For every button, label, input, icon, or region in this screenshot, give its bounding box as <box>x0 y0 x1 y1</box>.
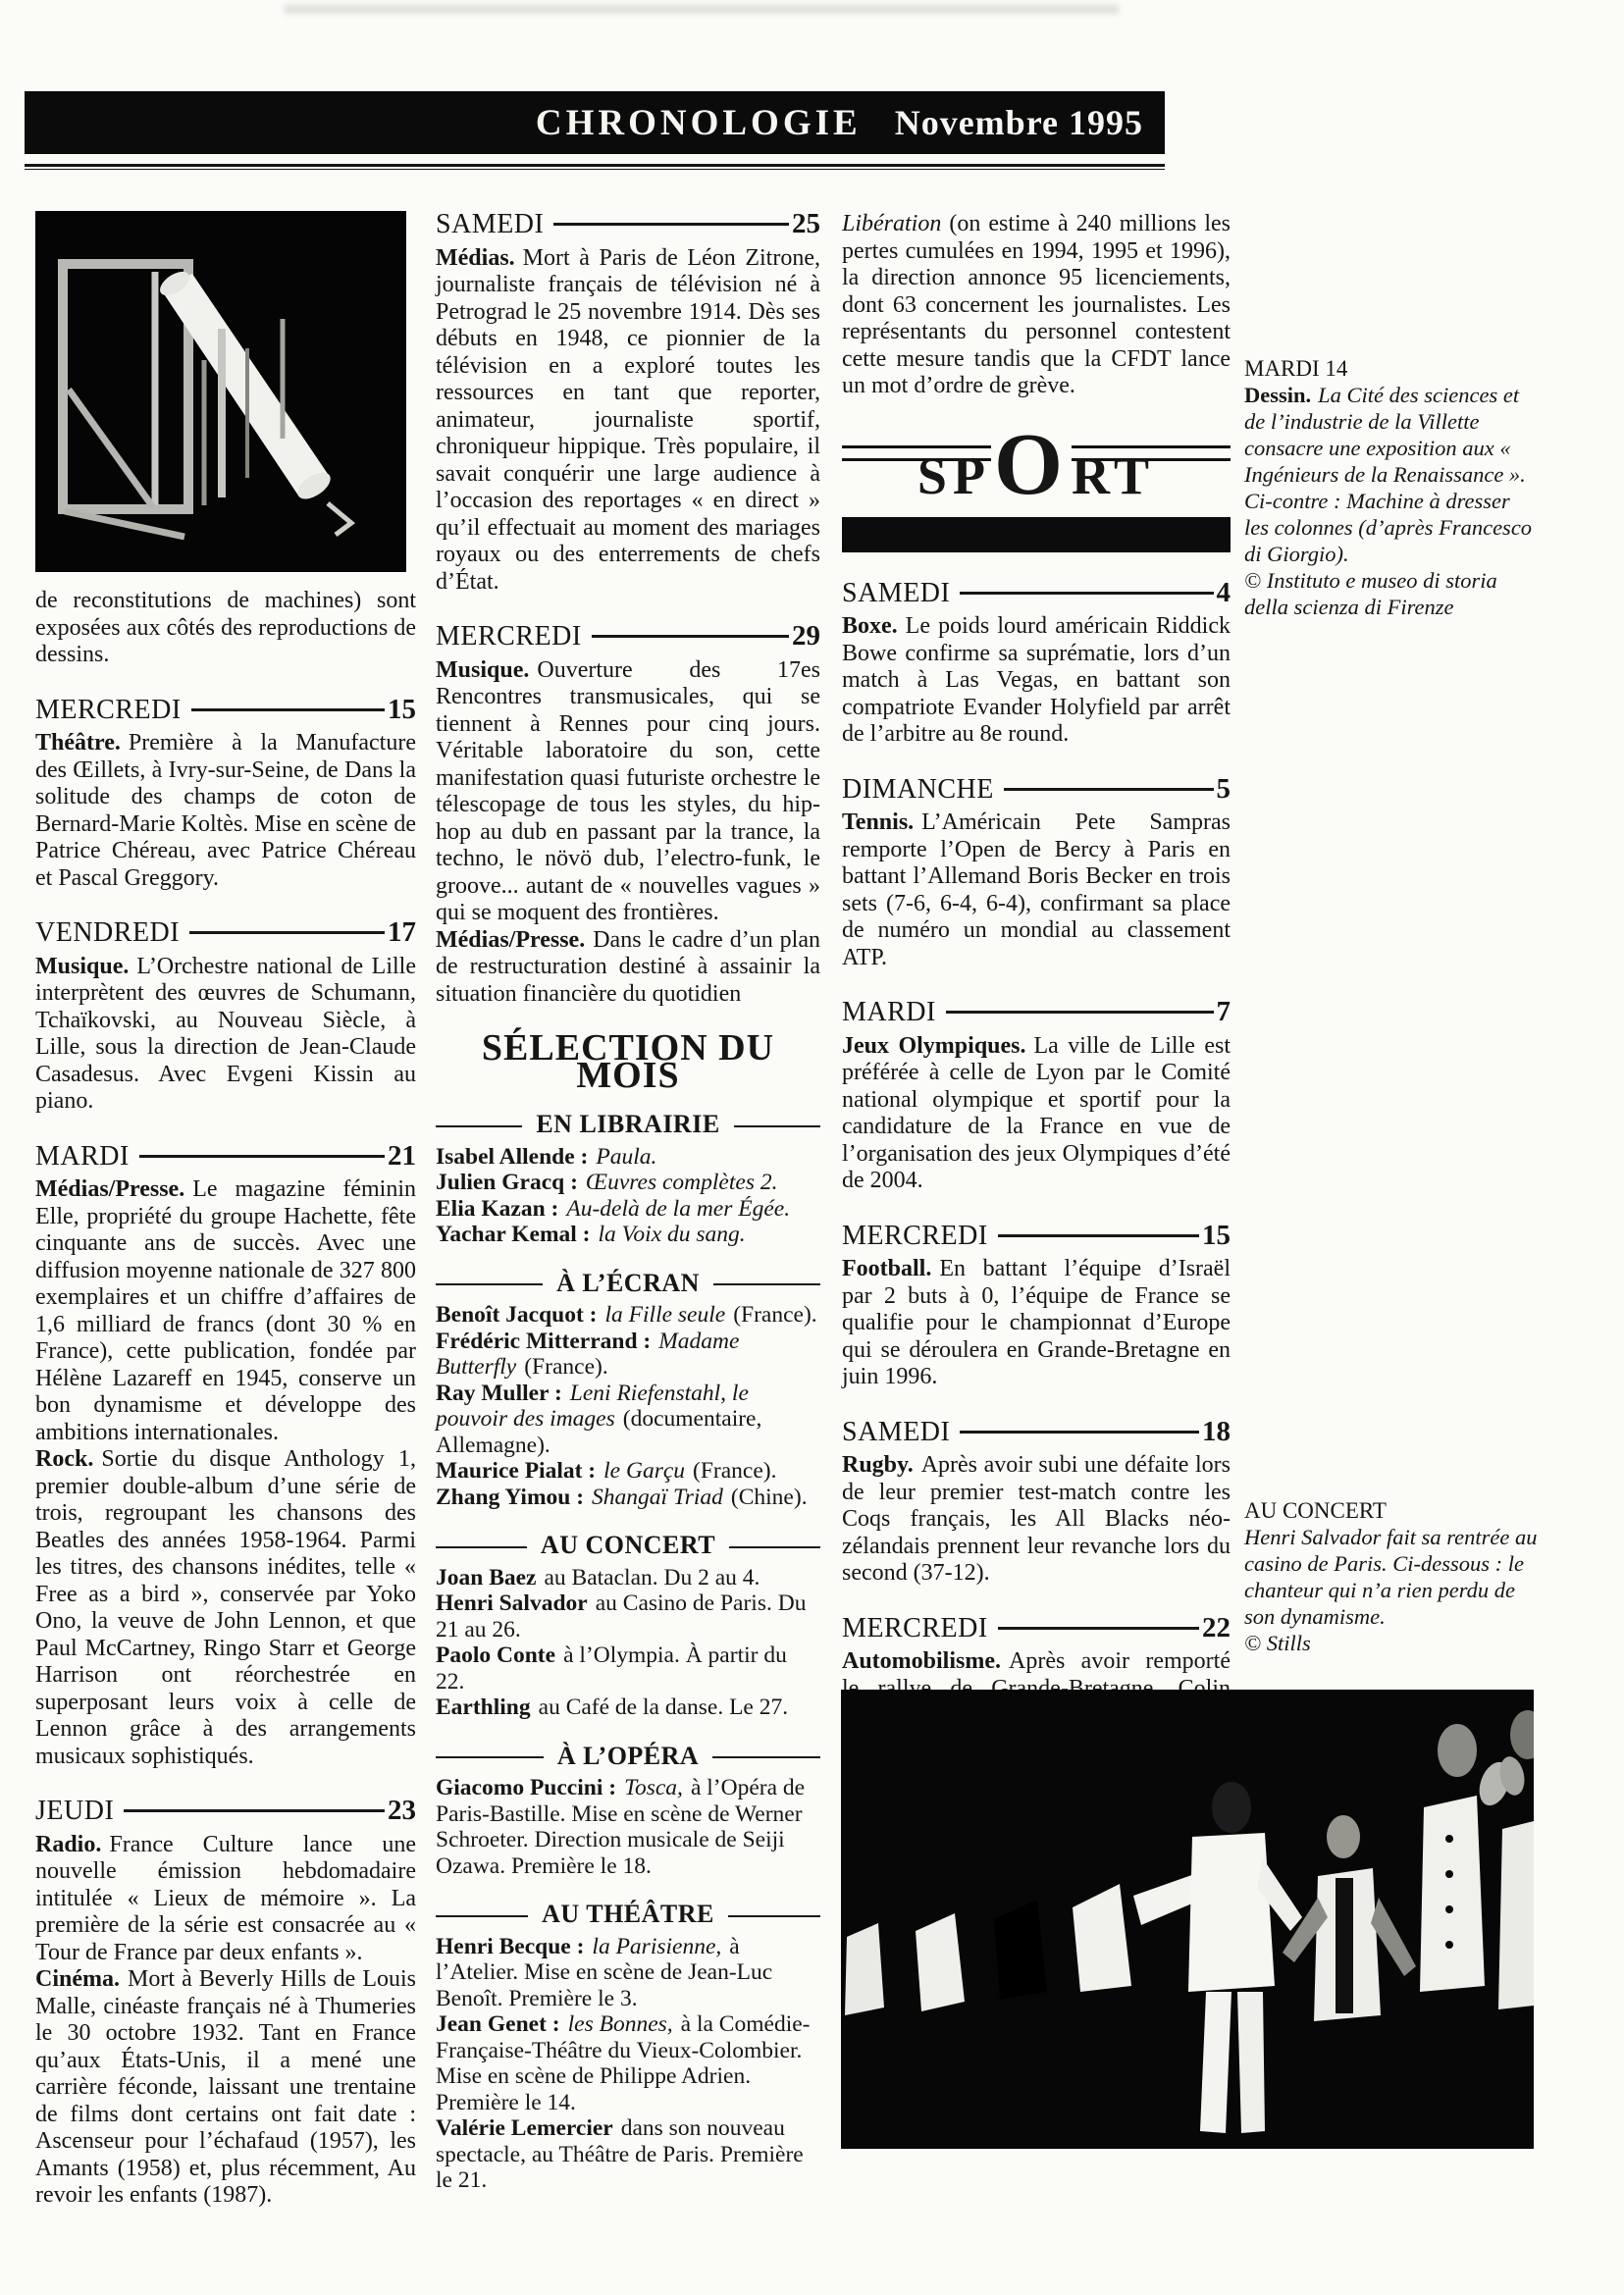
day-heading: MERCREDI 29 <box>436 623 820 651</box>
day-label: DIMANCHE <box>842 776 994 804</box>
day-entry: MERCREDI 29 Musique.Ouverture des 17es R… <box>436 623 820 1008</box>
item-name: Zhang Yimou : <box>436 1485 584 1510</box>
day-label: MERCREDI <box>35 697 182 724</box>
selection-item: Joan Baezau Bataclan. Du 2 au 4. <box>436 1565 820 1591</box>
day-rule <box>592 635 789 638</box>
margin-caption-drawing: MARDI 14 Dessin.La Cité des sciences et … <box>1244 355 1539 620</box>
section-rule <box>728 1915 820 1917</box>
item-title: Au-delà de la mer Égée. <box>566 1196 790 1222</box>
day-entry: MARDI 7 Jeux Olympiques.La ville de Lill… <box>842 999 1231 1195</box>
day-number: 29 <box>792 623 820 651</box>
day-rule <box>124 1809 385 1812</box>
item-rest: au Café de la danse. Le 27. <box>539 1695 788 1720</box>
paragraph-text: Mort à Beverly Hills de Louis Malle, cin… <box>35 1966 416 2208</box>
selection-item: Earthlingau Café de la danse. Le 27. <box>436 1695 820 1721</box>
sport-title-pre: SP <box>917 446 991 505</box>
section-label: AU CONCERT <box>527 1532 729 1559</box>
margin-caption-photo: AU CONCERT Henri Salvador fait sa rentré… <box>1244 1497 1539 1656</box>
selection-of-the-month: SÉLECTION DU MOIS EN LIBRAIRIE Isabel Al… <box>436 1035 820 2194</box>
item-title: les Bonnes, <box>568 2011 673 2037</box>
day-entry: SAMEDI 25 Médias.Mort à Paris de Léon Zi… <box>436 211 820 596</box>
selection-item: Henri Becque :la Parisienne,à l’Atelier.… <box>436 1934 820 2012</box>
selection-item: Frédéric Mitterrand :Madame Butterfly(Fr… <box>436 1329 820 1381</box>
section-rule <box>713 1283 820 1285</box>
section-rule <box>734 1125 820 1127</box>
item-name: Valérie Lemercier <box>436 2115 613 2141</box>
header-bar: CHRONOLOGIE Novembre 1995 <box>25 91 1165 154</box>
paragraph-lead: Jeux Olympiques. <box>842 1033 1026 1059</box>
entry-paragraph: Médias.Mort à Paris de Léon Zitrone, jou… <box>436 245 820 597</box>
item-rest: (France). <box>733 1302 816 1328</box>
day-number: 23 <box>388 1798 416 1825</box>
item-rest: (France). <box>524 1354 607 1380</box>
day-heading: SAMEDI 25 <box>436 211 820 238</box>
item-name: Joan Baez <box>436 1565 536 1591</box>
selection-item: Ray Muller :Leni Riefenstahl, le pouvoir… <box>436 1381 820 1459</box>
day-number: 15 <box>388 697 416 724</box>
section-label: À L’OPÉRA <box>544 1743 712 1770</box>
entry-paragraph: Tennis.L’Américain Pete Sampras remporte… <box>842 809 1231 971</box>
section-rule <box>729 1546 820 1548</box>
section-label: À L’ÉCRAN <box>543 1270 713 1297</box>
paragraph-lead: Médias. <box>436 245 515 271</box>
section-heading: EN LIBRAIRIE <box>436 1111 820 1138</box>
paragraph-text: Mort à Paris de Léon Zitrone, journalist… <box>436 245 820 595</box>
item-name: Frédéric Mitterrand : <box>436 1329 651 1354</box>
item-title: le Garçu <box>603 1458 685 1484</box>
item-name: Benoît Jacquot : <box>436 1302 598 1328</box>
paragraph-text: Ouverture des 17es Rencontres transmusic… <box>436 657 820 926</box>
item-name: Paolo Conte <box>436 1643 555 1668</box>
entry-paragraph: Musique.L’Orchestre national de Lille in… <box>35 954 416 1116</box>
item-title: la Fille seule <box>605 1302 726 1328</box>
item-name: Ray Muller : <box>436 1381 562 1406</box>
selection-item: Yachar Kemal :la Voix du sang. <box>436 1222 820 1248</box>
entry-paragraph: Médias/Presse.Dans le cadre d’un plan de… <box>436 927 820 1009</box>
item-rest: au Bataclan. Du 2 au 4. <box>544 1565 760 1591</box>
paragraph-lead: Radio. <box>35 1832 101 1857</box>
entry-paragraph: Théâtre.Première à la Manufacture des Œi… <box>35 730 416 892</box>
paragraph-lead: Boxe. <box>842 613 898 639</box>
column-right: Libération(on estime à 240 millions les … <box>842 211 1231 1784</box>
selection-item: Valérie Lemercierdans son nouveau specta… <box>436 2115 820 2194</box>
drawing-caption-continuation: de reconstitutions de machines) sont exp… <box>35 588 416 669</box>
item-title: la Voix du sang. <box>599 1222 746 1247</box>
entry-paragraph: Boxe.Le poids lourd américain Riddick Bo… <box>842 613 1231 749</box>
day-heading: MARDI 21 <box>35 1143 416 1171</box>
selection-item: Julien Gracq :Œuvres complètes 2. <box>436 1170 820 1196</box>
item-title: Tosca, <box>624 1775 683 1800</box>
entry-paragraph: Rugby.Après avoir subi une défaite lors … <box>842 1452 1231 1588</box>
day-number: 17 <box>388 919 416 947</box>
day-heading: SAMEDI 4 <box>842 580 1231 607</box>
paragraph-lead: Libération <box>842 211 941 236</box>
item-name: Yachar Kemal : <box>436 1222 591 1247</box>
concert-photo-illustration <box>841 1690 1534 2149</box>
caption-credit: © Instituto e museo di storia della scie… <box>1244 567 1539 620</box>
day-number: 4 <box>1217 580 1231 607</box>
day-label: VENDREDI <box>35 919 180 947</box>
item-name: Henri Salvador <box>436 1591 588 1616</box>
selection-item: Benoît Jacquot :la Fille seule(France). <box>436 1302 820 1329</box>
day-entry: SAMEDI 18 Rugby.Après avoir subi une déf… <box>842 1419 1231 1588</box>
item-title: Paula. <box>596 1144 656 1170</box>
paragraph-text: Sortie du disque Anthology 1, premier do… <box>35 1446 416 1769</box>
paragraph-text: (on estime à 240 millions les pertes cum… <box>842 211 1231 398</box>
day-label: MERCREDI <box>842 1223 988 1250</box>
day-rule <box>191 708 385 711</box>
magazine-page: CHRONOLOGIE Novembre 1995 de r <box>0 0 1624 2295</box>
day-rule <box>189 931 385 934</box>
day-number: 5 <box>1217 776 1231 804</box>
section-heading: À L’OPÉRA <box>436 1743 820 1770</box>
day-heading: DIMANCHE 5 <box>842 776 1231 804</box>
paragraph-lead: Rugby. <box>842 1452 914 1478</box>
caption-lead: Dessin. <box>1244 383 1311 407</box>
day-label: MARDI <box>842 999 936 1026</box>
paragraph-lead: Médias/Presse. <box>35 1176 184 1202</box>
caption-day: MARDI 14 <box>1244 355 1539 382</box>
day-rule <box>960 1431 1199 1434</box>
item-rest: (France). <box>693 1458 776 1484</box>
section-heading: AU THÉÂTRE <box>436 1901 820 1928</box>
section-rule <box>436 1915 528 1917</box>
day-rule <box>960 592 1213 595</box>
item-name: Earthling <box>436 1695 531 1720</box>
day-label: JEUDI <box>35 1798 114 1825</box>
paragraph-lead: Football. <box>842 1256 931 1281</box>
caption-text: Henri Salvador fait sa rentrée au casino… <box>1244 1524 1539 1630</box>
caption-heading: AU CONCERT <box>1244 1497 1539 1524</box>
selection-item: Jean Genet :les Bonnes,à la Comédie-Fran… <box>436 2011 820 2115</box>
item-name: Giacomo Puccini : <box>436 1775 616 1800</box>
entry-paragraph: Cinéma.Mort à Beverly Hills de Louis Mal… <box>35 1966 416 2210</box>
item-name: Julien Gracq : <box>436 1170 578 1195</box>
paragraph-lead: Musique. <box>35 954 129 979</box>
section-rule <box>436 1756 544 1758</box>
section-heading: À L’ÉCRAN <box>436 1270 820 1297</box>
selection-item: Zhang Yimou :Shangaï Triad(Chine). <box>436 1485 820 1511</box>
header-rule <box>25 164 1165 170</box>
entry-paragraph: Jeux Olympiques.La ville de Lille est pr… <box>842 1033 1231 1195</box>
sport-black-bar <box>842 517 1231 552</box>
day-label: MERCREDI <box>436 623 582 651</box>
selection-item: Giacomo Puccini :Tosca,à l’Opéra de Pari… <box>436 1775 820 1879</box>
column-middle: SAMEDI 25 Médias.Mort à Paris de Léon Zi… <box>436 211 820 2194</box>
day-rule <box>1004 788 1214 791</box>
selection-item: Maurice Pialat :le Garçu(France). <box>436 1458 820 1485</box>
day-label: SAMEDI <box>842 580 950 607</box>
entry-paragraph: Radio.France Culture lance une nouvelle … <box>35 1832 416 1967</box>
paragraph-lead: Tennis. <box>842 809 914 835</box>
caption-credit: © Stills <box>1244 1630 1539 1656</box>
column-left: de reconstitutions de machines) sont exp… <box>35 211 416 2210</box>
day-rule <box>139 1155 385 1158</box>
selection-item: Isabel Allende :Paula. <box>436 1144 820 1171</box>
day-heading: VENDREDI 17 <box>35 919 416 947</box>
day-label: SAMEDI <box>842 1419 950 1446</box>
sport-section-header: SPORT <box>842 430 1231 552</box>
item-title: Œuvres complètes 2. <box>586 1170 778 1195</box>
day-entry: MARDI 21 Médias/Presse.Le magazine fémin… <box>35 1143 416 1771</box>
henri-salvador-concert-photo-image <box>841 1690 1534 2149</box>
scan-artifact <box>285 5 1119 14</box>
item-name: Jean Genet : <box>436 2011 560 2037</box>
day-heading: JEUDI 23 <box>35 1798 416 1825</box>
selection-item: Paolo Conteà l’Olympia. À partir du 22. <box>436 1643 820 1695</box>
paragraph-lead: Médias/Presse. <box>436 927 585 953</box>
section-rule <box>436 1546 527 1548</box>
day-rule <box>946 1011 1214 1014</box>
selection-item: Elia Kazan :Au-delà de la mer Égée. <box>436 1196 820 1223</box>
day-label: MARDI <box>35 1143 130 1171</box>
issue-date: Novembre 1995 <box>895 102 1143 143</box>
day-rule <box>998 1234 1199 1237</box>
paragraph-lead: Rock. <box>35 1446 93 1472</box>
day-number: 22 <box>1202 1615 1231 1643</box>
selection-title: SÉLECTION DU MOIS <box>436 1035 820 1089</box>
section-label: EN LIBRAIRIE <box>522 1111 733 1138</box>
section-rule <box>436 1283 543 1285</box>
day-entry: SAMEDI 4 Boxe.Le poids lourd américain R… <box>842 580 1231 749</box>
item-title: Shangaï Triad <box>592 1485 723 1510</box>
section-rule <box>436 1125 522 1127</box>
section-heading: AU CONCERT <box>436 1532 820 1559</box>
paragraph-lead: Théâtre. <box>35 730 121 756</box>
day-entry: DIMANCHE 5 Tennis.L’Américain Pete Sampr… <box>842 776 1231 972</box>
sport-title: SPORT <box>917 430 1155 511</box>
day-entry: MERCREDI 15 Théâtre.Première à la Manufa… <box>35 697 416 893</box>
renaissance-machine-drawing-image <box>35 211 406 572</box>
sport-title-o: O <box>991 416 1072 513</box>
machine-drawing-illustration <box>35 211 406 572</box>
day-rule <box>553 223 789 226</box>
day-label: SAMEDI <box>436 211 544 238</box>
day-entry: MERCREDI 15 Football.En battant l’équipe… <box>842 1223 1231 1391</box>
item-name: Elia Kazan : <box>436 1196 558 1222</box>
day-number: 21 <box>388 1143 416 1171</box>
item-title: la Parisienne, <box>592 1934 721 1959</box>
section-rule <box>712 1756 820 1758</box>
entry-paragraph: Musique.Ouverture des 17es Rencontres tr… <box>436 657 820 927</box>
day-number: 7 <box>1217 999 1231 1026</box>
paragraph-lead: Musique. <box>436 657 529 683</box>
day-heading: SAMEDI 18 <box>842 1419 1231 1446</box>
day-heading: MERCREDI 22 <box>842 1615 1231 1643</box>
entry-paragraph: Football.En battant l’équipe d’Israël pa… <box>842 1256 1231 1391</box>
continuation-paragraph: Libération(on estime à 240 millions les … <box>842 211 1231 400</box>
selection-item: Henri Salvadorau Casino de Paris. Du 21 … <box>436 1591 820 1643</box>
day-rule <box>998 1627 1199 1630</box>
sport-title-post: RT <box>1072 446 1155 505</box>
paragraph-text: Le poids lourd américain Riddick Bowe co… <box>842 613 1231 747</box>
day-number: 15 <box>1202 1223 1231 1250</box>
day-heading: MARDI 7 <box>842 999 1231 1026</box>
paragraph-text: Le magazine féminin Elle, propriété du g… <box>35 1176 416 1445</box>
paragraph-text: de reconstitutions de machines) sont exp… <box>35 588 416 667</box>
caption-text: La Cité des sciences et de l’industrie d… <box>1244 383 1532 566</box>
day-number: 18 <box>1202 1419 1231 1446</box>
caption-body: Dessin.La Cité des sciences et de l’indu… <box>1244 382 1539 567</box>
day-number: 25 <box>792 211 820 238</box>
section-label: AU THÉÂTRE <box>528 1901 728 1928</box>
entry-paragraph: Médias/Presse.Le magazine féminin Elle, … <box>35 1176 416 1446</box>
item-rest: (Chine). <box>731 1485 808 1510</box>
day-label: MERCREDI <box>842 1615 988 1643</box>
item-name: Isabel Allende : <box>436 1144 588 1170</box>
day-entry: VENDREDI 17 Musique.L’Orchestre national… <box>35 919 416 1116</box>
entry-paragraph: Rock.Sortie du disque Anthology 1, premi… <box>35 1446 416 1770</box>
paragraph-lead: Automobilisme. <box>842 1648 1001 1674</box>
paragraph-lead: Cinéma. <box>35 1966 120 1992</box>
day-entry: JEUDI 23 Radio.France Culture lance une … <box>35 1798 416 2210</box>
item-name: Maurice Pialat : <box>436 1458 596 1484</box>
page-title: CHRONOLOGIE <box>536 102 862 144</box>
day-heading: MERCREDI 15 <box>842 1223 1231 1250</box>
day-heading: MERCREDI 15 <box>35 697 416 724</box>
item-name: Henri Becque : <box>436 1934 584 1959</box>
